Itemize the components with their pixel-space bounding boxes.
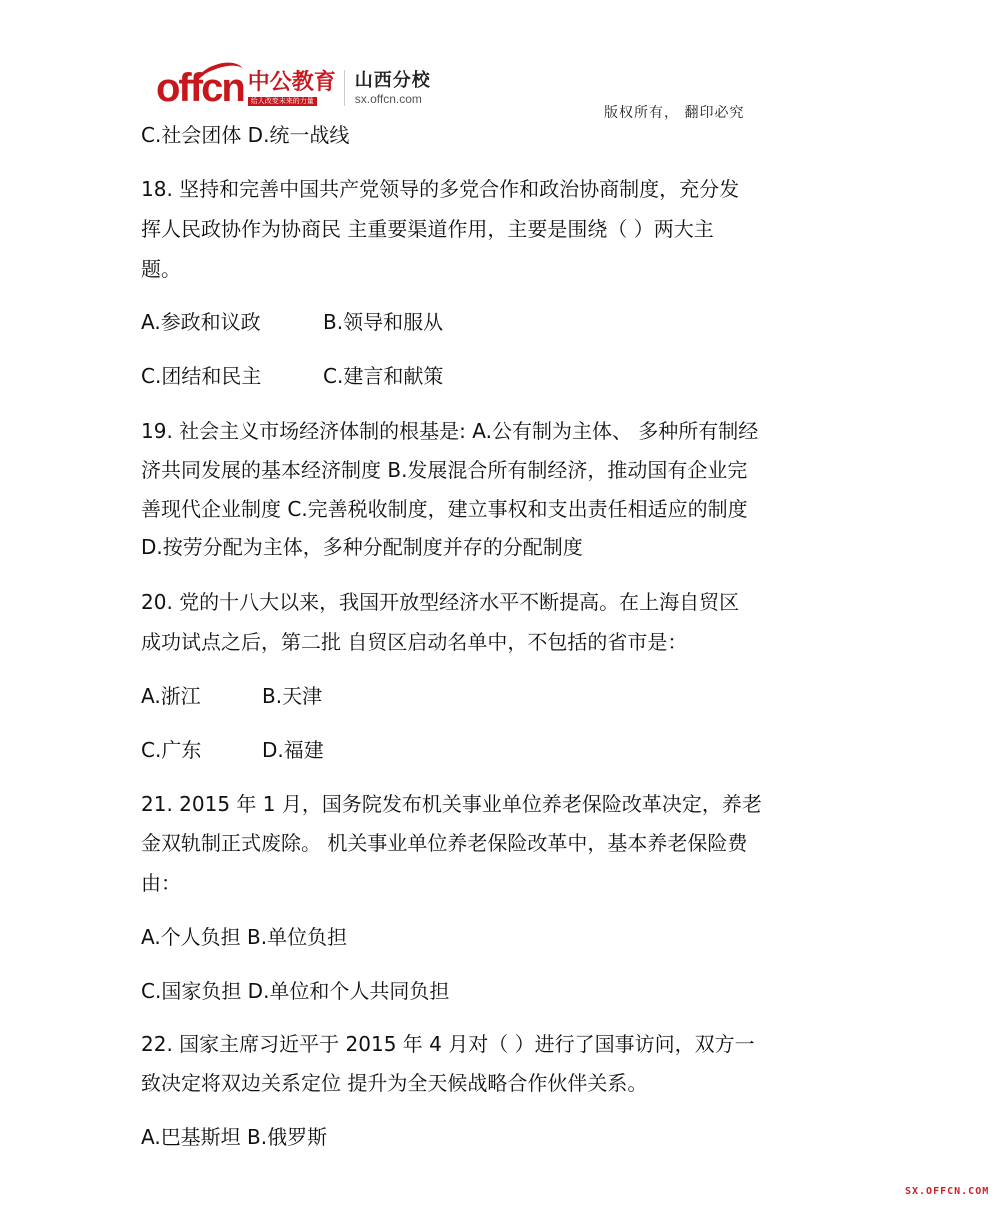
q18-line-2: 挥人民政协作为协商民 主重要渠道作用，主要是围绕（ ）两大主 [141,217,714,241]
q20-option-d: D.福建 [262,738,324,762]
q19-line-2: 济共同发展的基本经济制度 B.发展混合所有制经济，推动国有企业完 [141,458,747,482]
q17-options-tail: C.社会团体 D.统一战线 [141,123,349,147]
logo-divider [344,70,345,106]
q18-line-1: 18. 坚持和完善中国共产党领导的多党合作和政治协商制度，充分发 [141,177,739,201]
q20-options-row-2: C.广东 D.福建 [141,738,324,762]
q20-line-1: 20. 党的十八大以来，我国开放型经济水平不断提高。在上海自贸区 [141,590,739,614]
logo-slogan: 给人改变未来的力量 [248,97,317,106]
q18-line-3: 题。 [141,257,181,281]
q20-line-2: 成功试点之后，第二批 自贸区启动名单中，不包括的省市是： [141,630,687,654]
logo-brand-block: 中公教育 给人改变未来的力量 [248,71,336,110]
footer-site-url: SX.OFFCN.COM [905,1186,989,1197]
q20-option-a: A.浙江 [141,684,262,708]
logo-wordmark: offcn [156,68,244,110]
q21-line-2: 金双轨制正式废除。 机关事业单位养老保险改革中，基本养老保险费 [141,831,747,855]
q18-option-c: C.团结和民主 [141,364,323,388]
q19-line-4: D.按劳分配为主体，多种分配制度并存的分配制度 [141,535,583,559]
q18-option-a: A.参政和议政 [141,310,323,334]
logo-brand-name: 中公教育 [248,71,336,95]
q21-line-3: 由： [141,871,181,895]
q19-line-1: 19. 社会主义市场经济体制的根基是: A.公有制为主体、 多种所有制经 [141,419,758,443]
branch-name: 山西分校 [355,70,431,92]
q21-options-row-2: C.国家负担 D.单位和个人共同负担 [141,979,449,1003]
q22-line-2: 致决定将双边关系定位 提升为全天候战略合作伙伴关系。 [141,1071,647,1095]
q21-line-1: 21. 2015 年 1 月，国务院发布机关事业单位养老保险改革决定，养老 [141,792,762,816]
logo-branch-block: 山西分校 sx.offcn.com [355,70,431,110]
q20-option-c: C.广东 [141,738,262,762]
q18-option-d: C.建言和献策 [323,364,443,388]
q21-options-row-1: A.个人负担 B.单位负担 [141,925,347,949]
q22-line-1: 22. 国家主席习近平于 2015 年 4 月对（ ）进行了国事访问，双方一 [141,1032,755,1056]
q20-option-b: B.天津 [262,684,322,708]
q19-line-3: 善现代企业制度 C.完善税收制度，建立事权和支出责任相适应的制度 [141,497,748,521]
q22-options-row-1: A.巴基斯坦 B.俄罗斯 [141,1125,327,1149]
q18-options-row-2: C.团结和民主 C.建言和献策 [141,364,443,388]
offcn-logo: offcn 中公教育 给人改变未来的力量 山西分校 sx.offcn.com [156,62,431,110]
q20-options-row-1: A.浙江 B.天津 [141,684,322,708]
q18-option-b: B.领导和服从 [323,310,443,334]
document-page: offcn 中公教育 给人改变未来的力量 山西分校 sx.offcn.com 版… [0,0,1002,1205]
branch-url: sx.offcn.com [355,92,431,106]
copyright-notice: 版权所有， 翻印必究 [604,102,744,122]
q18-options-row-1: A.参政和议政 B.领导和服从 [141,310,443,334]
